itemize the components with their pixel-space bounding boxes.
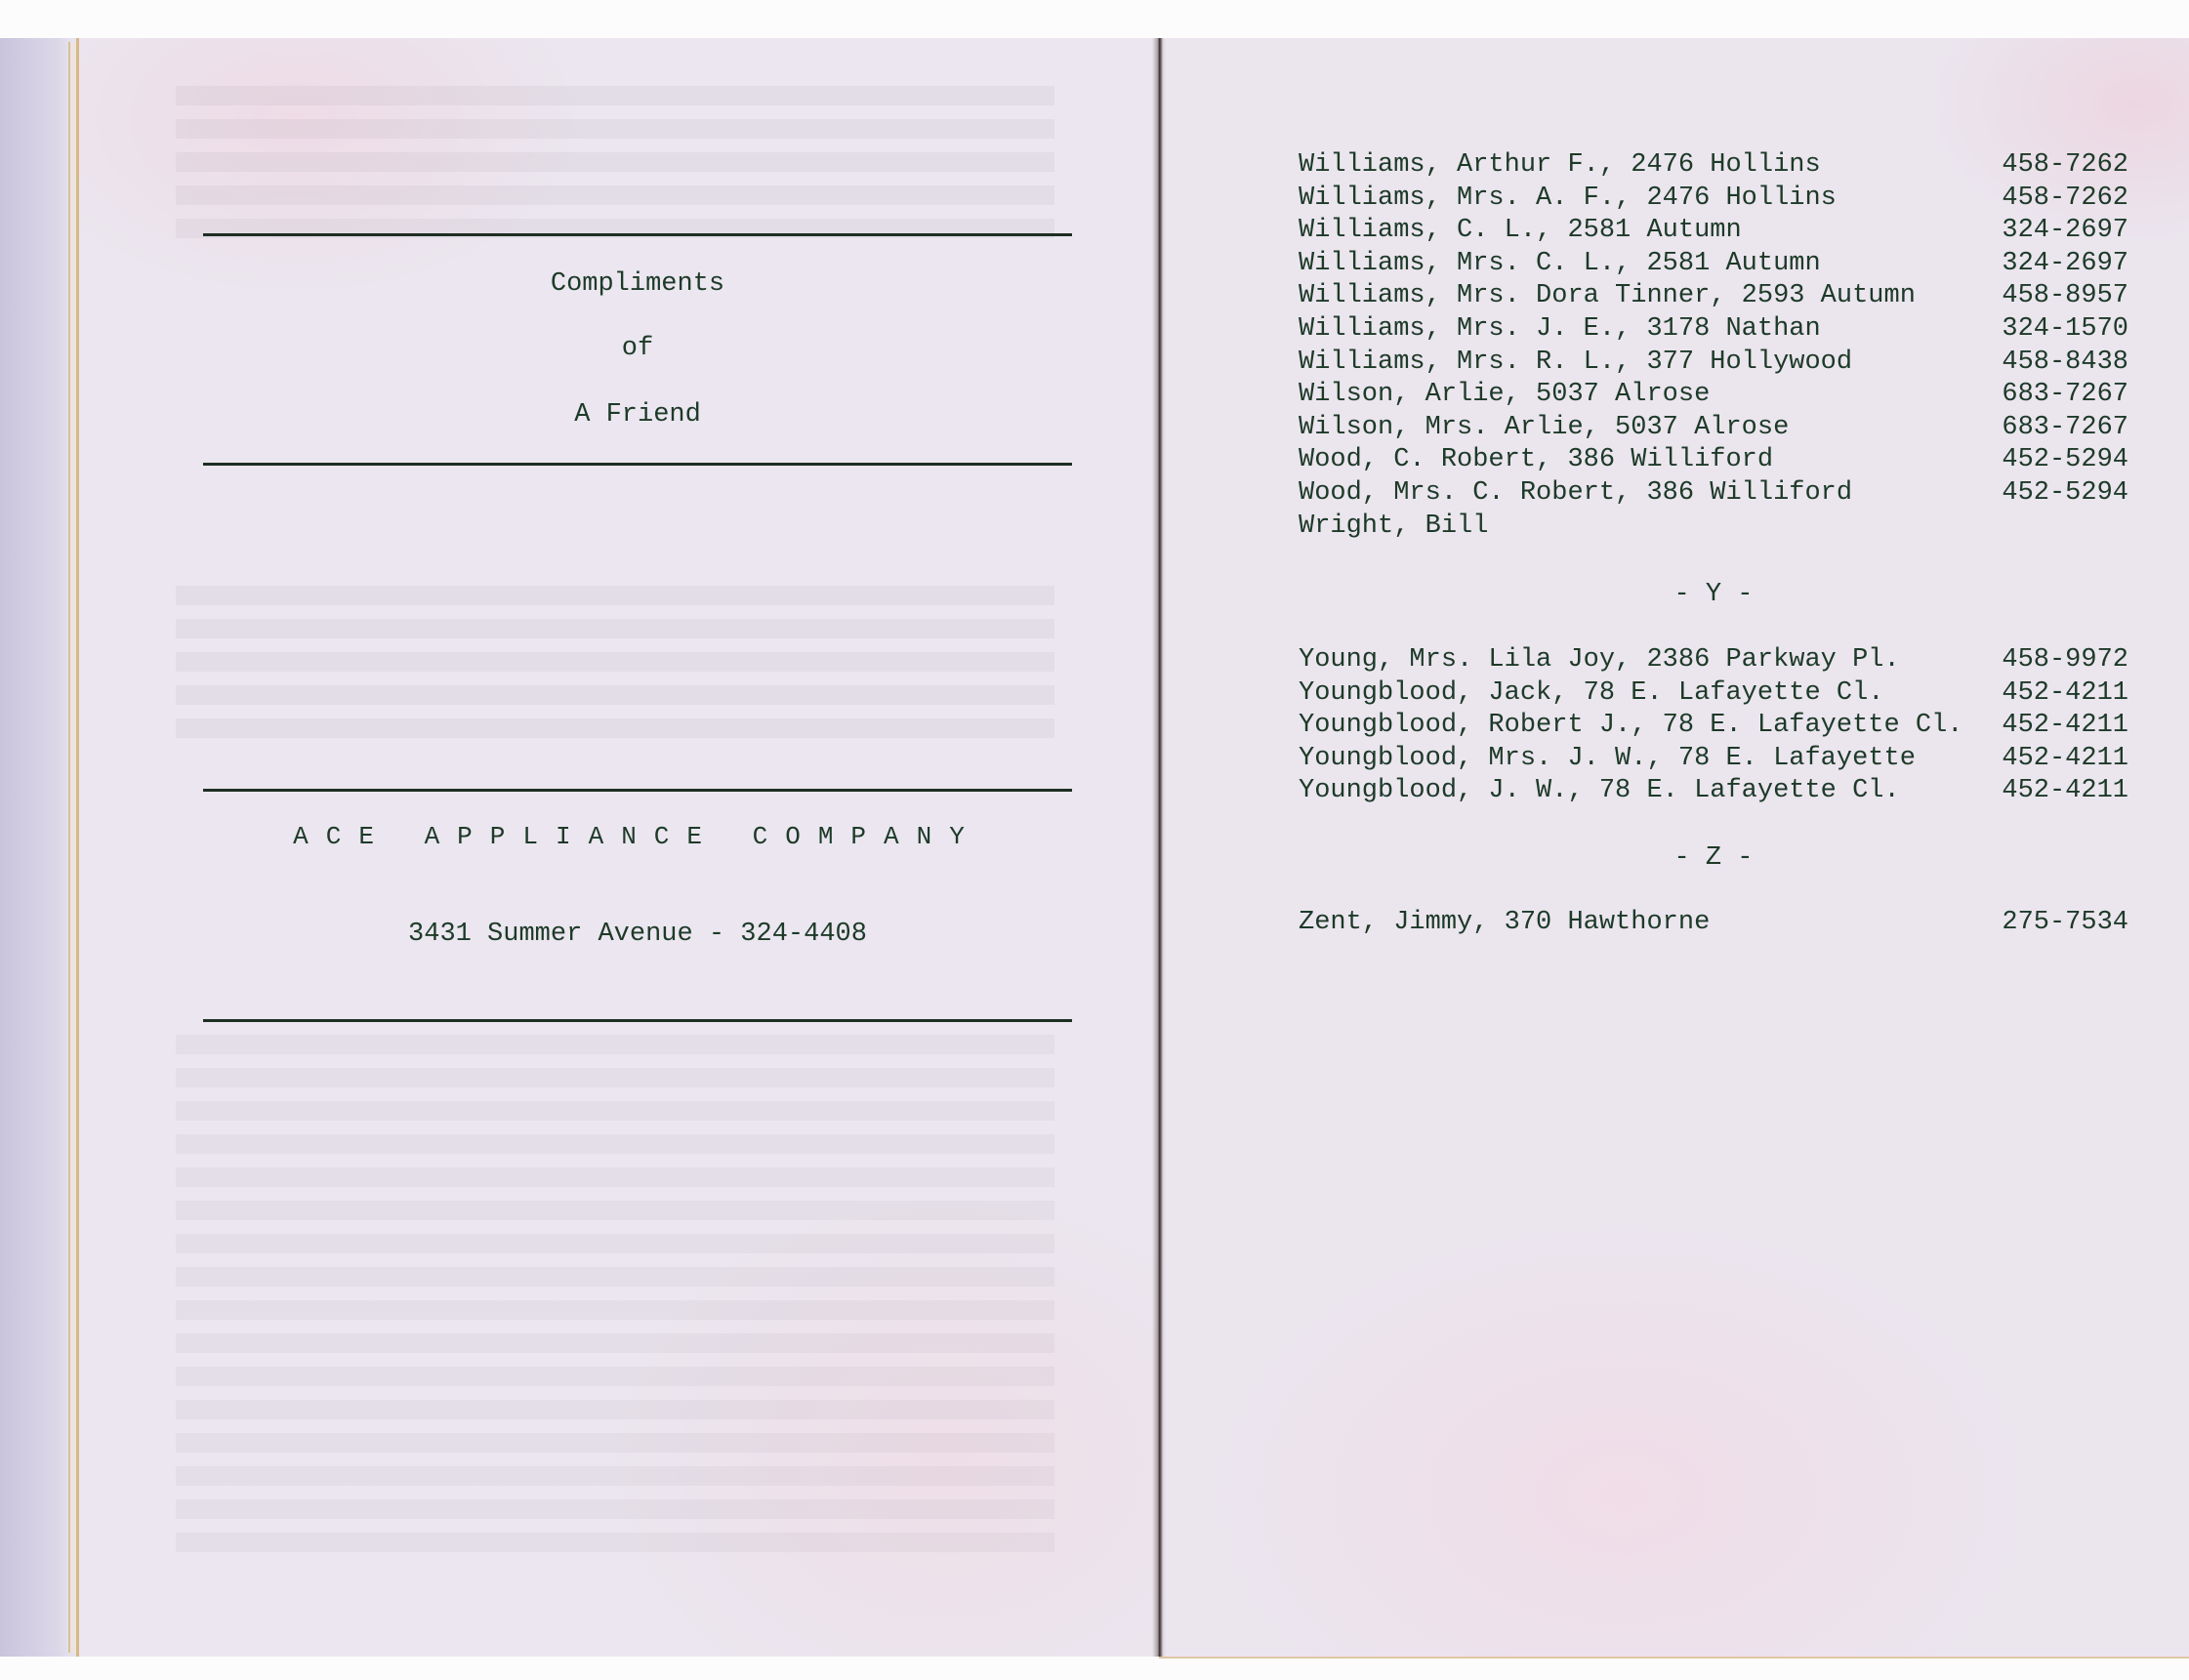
entry-name-address: Williams, C. L., 2581 Autumn [1299, 215, 1742, 247]
directory-entry: Youngblood, Robert J., 78 E. Lafayette C… [1299, 710, 2128, 743]
directory-entry: Williams, Mrs. Dora Tinner, 2593 Autumn4… [1299, 280, 2128, 313]
entry-phone: 458-8438 [2002, 347, 2128, 379]
entry-name-address: Williams, Mrs. C. L., 2581 Autumn [1299, 248, 1821, 280]
company-address-phone: 3431 Summer Avenue - 324-4408 [203, 918, 1072, 951]
directory-entry: Zent, Jimmy, 370 Hawthorne275-7534 [1299, 907, 2128, 940]
directory-entry: Williams, Mrs. A. F., 2476 Hollins458-72… [1299, 183, 2128, 216]
ad-of-line: of [203, 332, 1072, 365]
directory-entry: Youngblood, Jack, 78 E. Lafayette Cl.452… [1299, 677, 2128, 711]
bleed-through-text [176, 1035, 1054, 1562]
entry-name-address: Wilson, Arlie, 5037 Alrose [1299, 379, 1710, 411]
entry-name-address: Williams, Mrs. R. L., 377 Hollywood [1299, 347, 1852, 379]
directory-section-w: Williams, Arthur F., 2476 Hollins458-726… [1299, 149, 2128, 543]
entry-phone: 452-4211 [2002, 710, 2128, 742]
entry-phone: 452-4211 [2002, 743, 2128, 775]
entry-name-address: Young, Mrs. Lila Joy, 2386 Parkway Pl. [1299, 644, 1900, 676]
entry-name-address: Williams, Mrs. J. E., 3178 Nathan [1299, 313, 1821, 346]
bleed-through-text [176, 586, 1054, 752]
entry-phone: 324-2697 [2002, 215, 2128, 247]
directory-entry: Williams, Mrs. C. L., 2581 Autumn324-269… [1299, 248, 2128, 281]
directory-entry: Williams, Arthur F., 2476 Hollins458-726… [1299, 149, 2128, 183]
directory-entry: Young, Mrs. Lila Joy, 2386 Parkway Pl.45… [1299, 644, 2128, 677]
entry-name-address: Youngblood, Mrs. J. W., 78 E. Lafayette [1299, 743, 1916, 775]
directory-entry: Wood, C. Robert, 386 Williford452-5294 [1299, 444, 2128, 477]
section-heading-z: - Z - [1299, 842, 2128, 875]
entry-phone: 275-7534 [2002, 907, 2128, 939]
directory-entry: Wilson, Mrs. Arlie, 5037 Alrose683-7267 [1299, 412, 2128, 445]
directory-entry: Wright, Bill [1299, 511, 2128, 544]
entry-phone: 324-2697 [2002, 248, 2128, 280]
directory-entry: Williams, Mrs. R. L., 377 Hollywood458-8… [1299, 347, 2128, 380]
directory-entry: Williams, C. L., 2581 Autumn324-2697 [1299, 215, 2128, 248]
entry-phone: 452-5294 [2002, 477, 2128, 510]
bleed-through-text [176, 86, 1054, 242]
entry-phone: 458-8957 [2002, 280, 2128, 312]
entry-phone: 683-7267 [2002, 412, 2128, 444]
directory-section-y: Young, Mrs. Lila Joy, 2386 Parkway Pl.45… [1299, 644, 2128, 808]
directory-entry: Wood, Mrs. C. Robert, 386 Williford452-5… [1299, 477, 2128, 511]
entry-name-address: Wright, Bill [1299, 511, 1488, 543]
section-heading-y: - Y - [1299, 579, 2128, 611]
entry-name-address: Williams, Arthur F., 2476 Hollins [1299, 149, 1821, 182]
directory-entry: Williams, Mrs. J. E., 3178 Nathan324-157… [1299, 313, 2128, 347]
directory-entry: Youngblood, J. W., 78 E. Lafayette Cl.45… [1299, 775, 2128, 808]
entry-phone: 458-9972 [2002, 644, 2128, 676]
divider-rule [203, 789, 1072, 792]
entry-name-address: Williams, Mrs. A. F., 2476 Hollins [1299, 183, 1837, 215]
entry-name-address: Youngblood, Jack, 78 E. Lafayette Cl. [1299, 677, 1884, 710]
entry-name-address: Wood, Mrs. C. Robert, 386 Williford [1299, 477, 1852, 510]
entry-phone: 324-1570 [2002, 313, 2128, 346]
directory-entry: Wilson, Arlie, 5037 Alrose683-7267 [1299, 379, 2128, 412]
entry-phone: 452-4211 [2002, 775, 2128, 807]
book-spine [1152, 38, 1166, 1657]
entry-name-address: Wilson, Mrs. Arlie, 5037 Alrose [1299, 412, 1789, 444]
entry-phone: 452-5294 [2002, 444, 2128, 476]
divider-rule [203, 233, 1072, 236]
directory-entry: Youngblood, Mrs. J. W., 78 E. Lafayette4… [1299, 743, 2128, 776]
directory-section-z: Zent, Jimmy, 370 Hawthorne275-7534 [1299, 907, 2128, 940]
ad-friend-line: A Friend [203, 398, 1072, 431]
entry-name-address: Williams, Mrs. Dora Tinner, 2593 Autumn [1299, 280, 1916, 312]
entry-name-address: Youngblood, Robert J., 78 E. Lafayette C… [1299, 710, 1963, 742]
divider-rule [203, 463, 1072, 466]
divider-rule [203, 1019, 1072, 1022]
entry-phone: 458-7262 [2002, 149, 2128, 182]
entry-name-address: Wood, C. Robert, 386 Williford [1299, 444, 1773, 476]
company-name: ACE APPLIANCE COMPANY [203, 820, 1072, 853]
entry-phone: 683-7267 [2002, 379, 2128, 411]
ad-compliments-line: Compliments [203, 267, 1072, 301]
entry-phone: 452-4211 [2002, 677, 2128, 710]
entry-phone: 458-7262 [2002, 183, 2128, 215]
entry-name-address: Youngblood, J. W., 78 E. Lafayette Cl. [1299, 775, 1900, 807]
entry-name-address: Zent, Jimmy, 370 Hawthorne [1299, 907, 1710, 939]
